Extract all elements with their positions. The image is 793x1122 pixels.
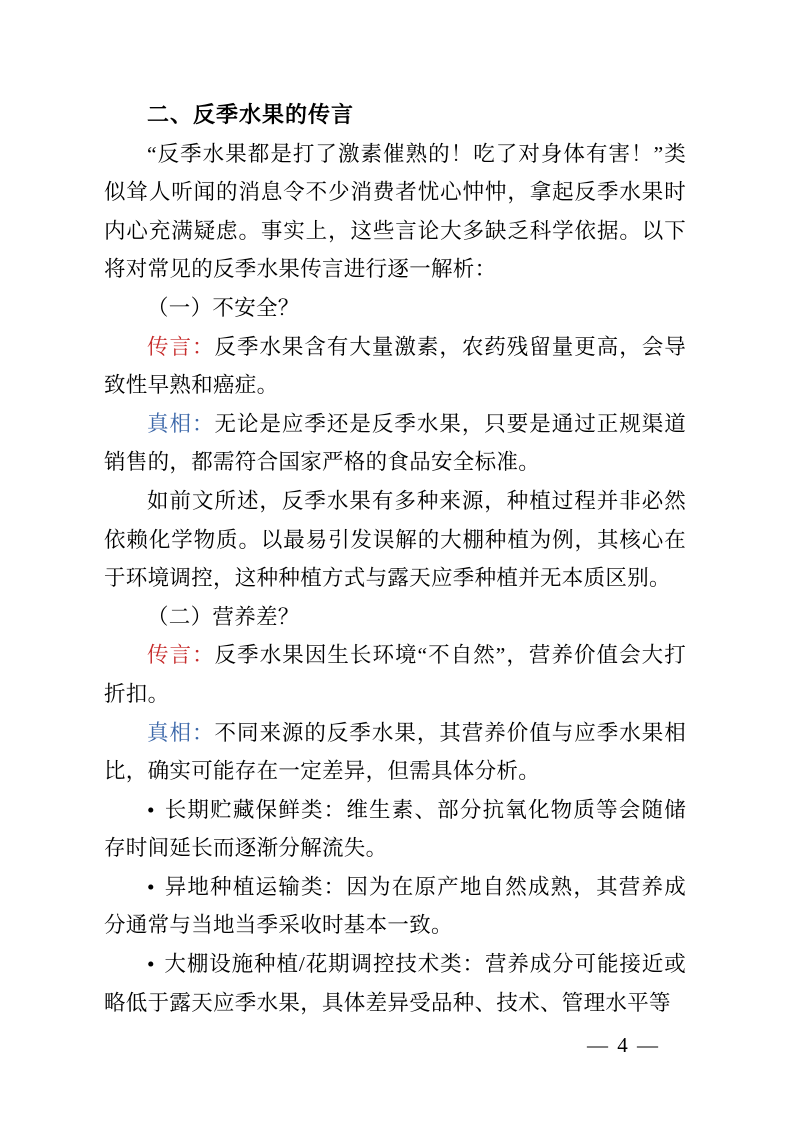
document-page: 二、反季水果的传言 “反季水果都是打了激素催熟的！吃了对身体有害！”类似耸人听闻…: [0, 0, 793, 1122]
intro-text: “反季水果都是打了激素催熟的！吃了对身体有害！”类似耸人听闻的消息令不少消费者忧…: [104, 142, 686, 282]
bullet-item-1: •长期贮藏保鲜类：维生素、部分抗氧化物质等会随储存时间延长而逐渐分解流失。: [104, 791, 686, 868]
claim-label-2: 传言：: [147, 643, 215, 667]
subsection-title-1-text: （一）不安全？: [147, 296, 300, 320]
bullet-icon: •: [147, 945, 155, 984]
page-number: — 4 —: [587, 1026, 660, 1065]
extra-text-1: 如前文所述，反季水果有多种来源，种植过程并非必然依赖化学物质。以最易引发误解的大…: [104, 489, 686, 590]
truth-label-2: 真相：: [147, 721, 214, 745]
claim-label-1: 传言：: [147, 335, 214, 359]
intro-paragraph: “反季水果都是打了激素催熟的！吃了对身体有害！”类似耸人听闻的消息令不少消费者忧…: [104, 135, 686, 289]
truth-paragraph-2: 真相：不同来源的反季水果，其营养价值与应季水果相比，确实可能存在一定差异，但需具…: [104, 714, 686, 791]
page-content: 二、反季水果的传言 “反季水果都是打了激素催熟的！吃了对身体有害！”类似耸人听闻…: [104, 96, 686, 1022]
truth-paragraph-1: 真相：无论是应季还是反季水果，只要是通过正规渠道销售的，都需符合国家严格的食品安…: [104, 405, 686, 482]
bullet-text-1: 长期贮藏保鲜类：维生素、部分抗氧化物质等会随储存时间延长而逐渐分解流失。: [104, 798, 686, 861]
bullet-icon: •: [147, 791, 155, 830]
bullet-icon: •: [147, 868, 155, 907]
subsection-title-2-text: （二）营养差？: [147, 605, 300, 629]
claim-paragraph-2: 传言：反季水果因生长环境“不自然”，营养价值会大打折扣。: [104, 636, 686, 713]
truth-label-1: 真相：: [147, 412, 214, 436]
claim-paragraph-1: 传言：反季水果含有大量激素，农药残留量更高，会导致性早熟和癌症。: [104, 328, 686, 405]
bullet-item-2: •异地种植运输类：因为在原产地自然成熟，其营养成分通常与当地当季采收时基本一致。: [104, 868, 686, 945]
extra-paragraph-1: 如前文所述，反季水果有多种来源，种植过程并非必然依赖化学物质。以最易引发误解的大…: [104, 482, 686, 598]
subsection-title-2: （二）营养差？: [104, 598, 686, 637]
section-heading: 二、反季水果的传言: [104, 96, 686, 135]
bullet-text-3: 大棚设施种植/花期调控技术类：营养成分可能接近或略低于露天应季水果，具体差异受品…: [104, 952, 686, 1015]
bullet-text-2: 异地种植运输类：因为在原产地自然成熟，其营养成分通常与当地当季采收时基本一致。: [104, 875, 686, 938]
subsection-title-1: （一）不安全？: [104, 289, 686, 328]
bullet-item-3: •大棚设施种植/花期调控技术类：营养成分可能接近或略低于露天应季水果，具体差异受…: [104, 945, 686, 1022]
